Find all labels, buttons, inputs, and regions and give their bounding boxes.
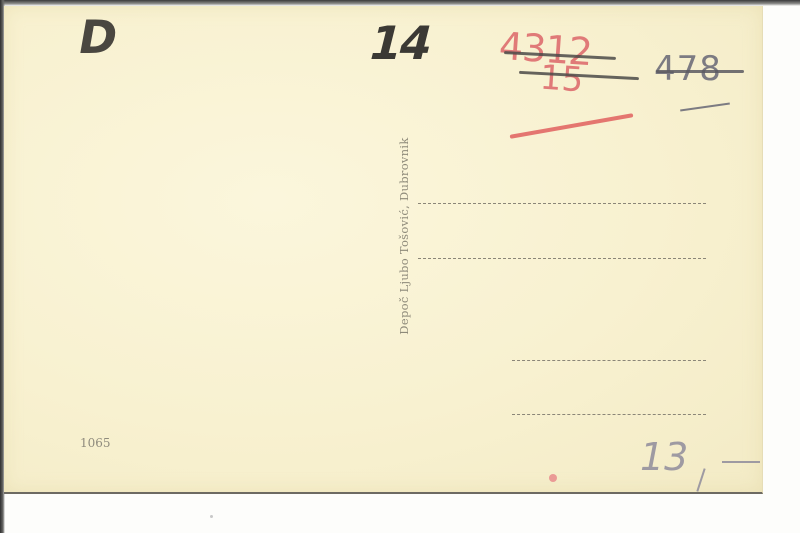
red-ink-dot [549,474,557,482]
red-underline-stroke [510,113,634,139]
scan-speck [210,515,213,518]
price-dash-stroke [722,461,760,463]
publisher-imprint-text: Depoč Ljubo Tošović, Dubrovnik [397,137,411,334]
red-annotation-subnumber: 15 [539,61,585,98]
address-line [418,203,706,204]
grey-underline-stroke [680,103,730,112]
grey-annotation-number: 478 [654,52,722,86]
catalog-number: 1065 [80,436,111,450]
pencil-annotation-number: 14 [364,20,435,66]
address-line [512,414,706,415]
address-line [512,360,706,361]
address-line [418,258,706,259]
pencil-price-annotation: 13 [640,438,688,476]
postcard-back: D 14 4312 15 478 Depoč Ljubo Tošović, Du… [4,6,763,494]
pencil-annotation-letter: D [75,14,121,60]
strikethrough-line [656,70,744,73]
